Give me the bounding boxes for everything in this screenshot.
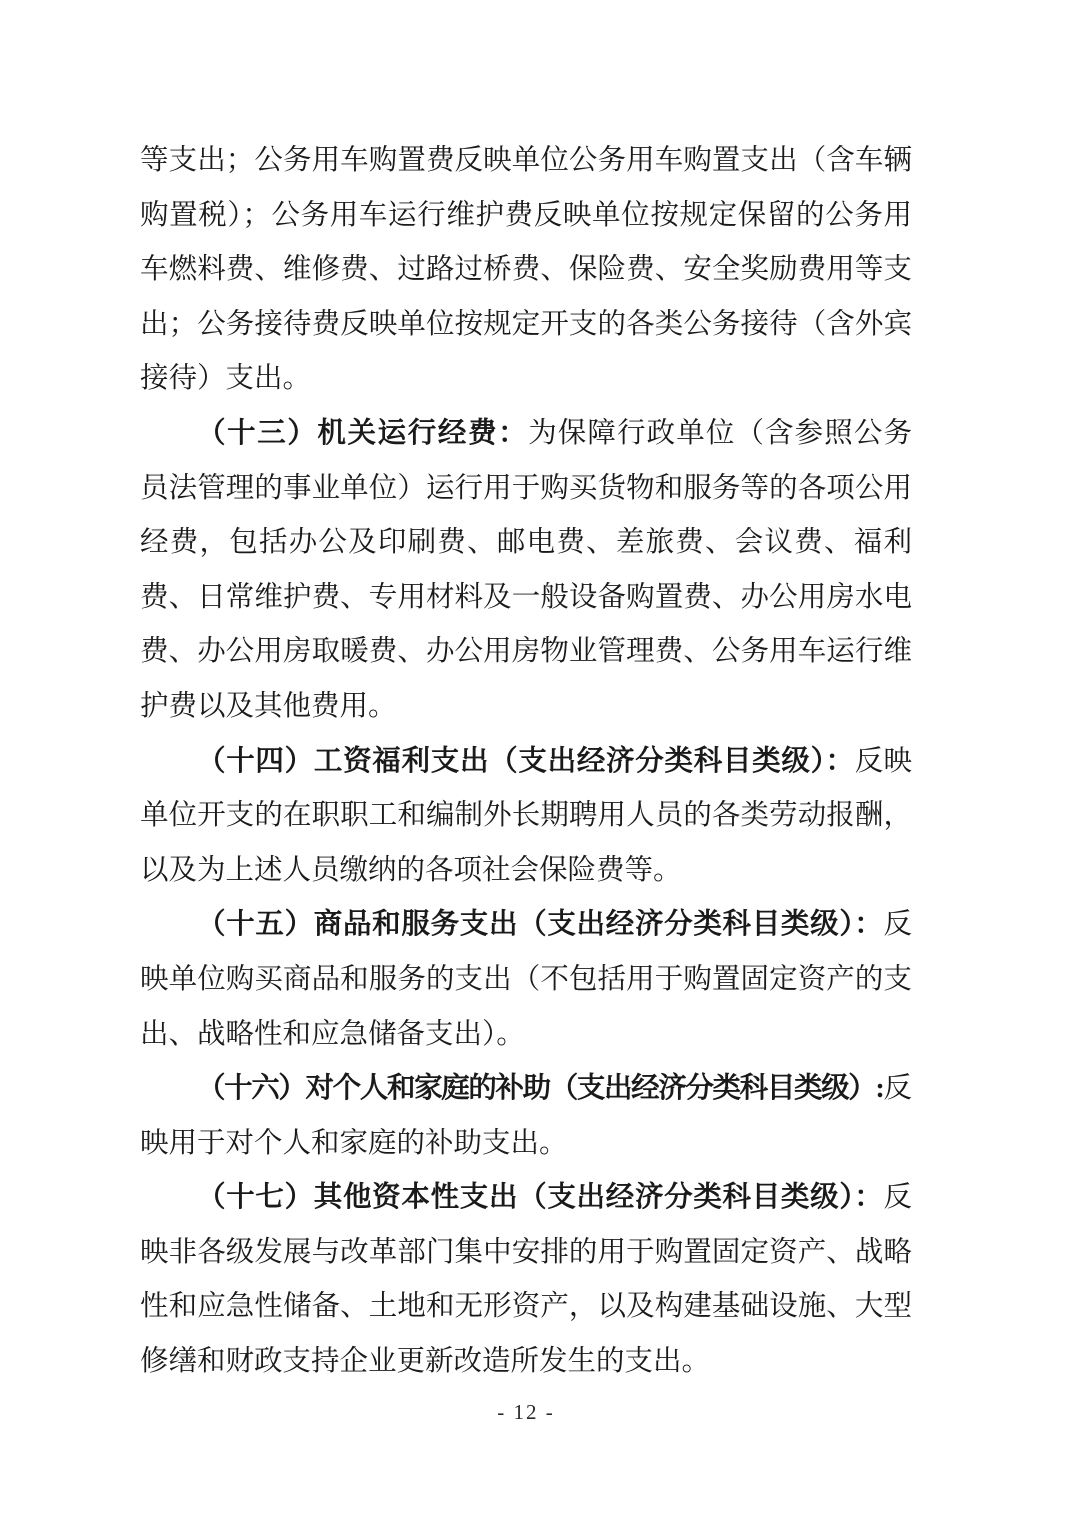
paragraph-lead: （十四）工资福利支出（支出经济分类科目类级）： bbox=[197, 746, 855, 777]
paragraph-continuation: 等支出；公务用车购置费反映单位公务用车购置支出（含车辆购置税）；公务用车运行维护… bbox=[140, 134, 912, 407]
paragraph-body: 为保障行政单位（含参照公务员法管理的事业单位）运行用于购买货物和服务等的各项公用… bbox=[140, 418, 912, 722]
paragraph-lead: （十三）机关运行经费： bbox=[197, 418, 528, 449]
paragraph-14: （十四）工资福利支出（支出经济分类科目类级）：反映单位开支的在职职工和编制外长期… bbox=[140, 735, 912, 899]
document-page: 等支出；公务用车购置费反映单位公务用车购置支出（含车辆购置税）；公务用车运行维护… bbox=[0, 0, 1075, 1520]
paragraph-13: （十三）机关运行经费：为保障行政单位（含参照公务员法管理的事业单位）运行用于购买… bbox=[140, 407, 912, 735]
paragraph-lead: （十五）商品和服务支出（支出经济分类科目类级）： bbox=[197, 909, 883, 940]
document-body: 等支出；公务用车购置费反映单位公务用车购置支出（含车辆购置税）；公务用车运行维护… bbox=[140, 134, 912, 1390]
paragraph-15: （十五）商品和服务支出（支出经济分类科目类级）：反映单位购买商品和服务的支出（不… bbox=[140, 898, 912, 1062]
paragraph-body: 等支出；公务用车购置费反映单位公务用车购置支出（含车辆购置税）；公务用车运行维护… bbox=[140, 145, 912, 394]
paragraph-17: （十七）其他资本性支出（支出经济分类科目类级）：反映非各级发展与改革部门集中安排… bbox=[140, 1171, 912, 1389]
paragraph-lead: （十六）对个人和家庭的补助（支出经济分类科目类级）: bbox=[197, 1073, 883, 1104]
paragraph-lead: （十七）其他资本性支出（支出经济分类科目类级）： bbox=[197, 1182, 883, 1213]
page-number: - 12 - bbox=[140, 1400, 912, 1425]
paragraph-16: （十六）对个人和家庭的补助（支出经济分类科目类级）:反映用于对个人和家庭的补助支… bbox=[140, 1062, 912, 1171]
